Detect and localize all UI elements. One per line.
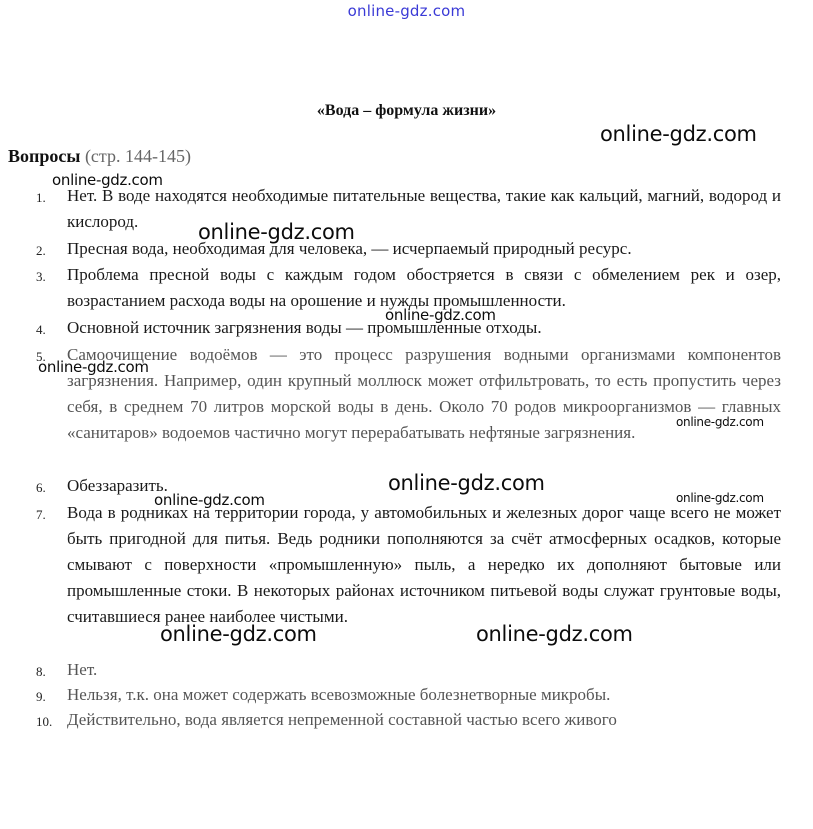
questions-label: Вопросы — [8, 146, 80, 166]
answer-number: 4. — [36, 317, 46, 343]
watermark: online-gdz.com — [476, 622, 633, 646]
answer-text: Самоочищение водоёмов — это процесс разр… — [67, 342, 781, 446]
answer-number: 10. — [36, 709, 52, 735]
answer-text: Пресная вода, необходимая для человека, … — [67, 236, 781, 262]
document-title: «Вода – формула жизни» — [0, 102, 813, 120]
watermark: online-gdz.com — [388, 471, 545, 495]
watermark: online-gdz.com — [52, 171, 163, 189]
watermark: online-gdz.com — [198, 220, 355, 244]
answer-number: 9. — [36, 684, 46, 710]
answer-number: 6. — [36, 475, 46, 501]
answer-text: Нет. — [67, 657, 781, 683]
watermark: online-gdz.com — [385, 306, 496, 324]
document-page: online-gdz.com «Вода – формула жизни» Во… — [0, 0, 813, 829]
watermark: online-gdz.com — [600, 122, 757, 146]
answer-number: 8. — [36, 659, 46, 685]
answer-number: 7. — [36, 502, 46, 528]
questions-pages: (стр. 144-145) — [85, 146, 191, 166]
watermark: online-gdz.com — [154, 491, 265, 509]
answer-text: Вода в родниках на территории города, у … — [67, 500, 781, 630]
watermark: online-gdz.com — [160, 622, 317, 646]
answer-text: Нельзя, т.к. она может содержать всевозм… — [67, 682, 781, 708]
answer-number: 1. — [36, 185, 46, 211]
questions-heading: Вопросы (стр. 144-145) — [8, 146, 191, 167]
answer-number: 2. — [36, 238, 46, 264]
watermark: online-gdz.com — [38, 358, 149, 376]
answer-text: Нет. В воде находятся необходимые питате… — [67, 183, 781, 235]
watermark: online-gdz.com — [676, 415, 764, 429]
answer-number: 3. — [36, 264, 46, 290]
answer-text: Действительно, вода является непременной… — [67, 707, 781, 733]
watermark: online-gdz.com — [676, 491, 764, 505]
site-watermark-top: online-gdz.com — [0, 2, 813, 20]
